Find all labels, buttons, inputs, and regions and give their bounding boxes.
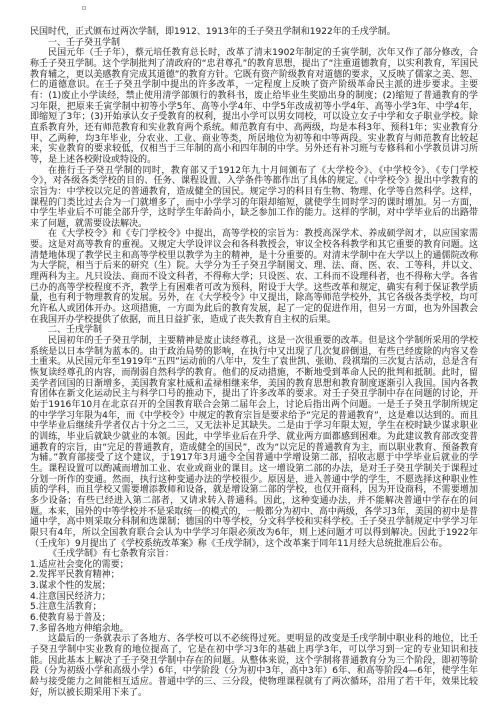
paragraph: 《壬戌学制》有七条教育宗旨： — [30, 549, 478, 560]
paragraph: 在推行壬子癸丑学制的同时，教育部又于1912年九十月间颁布了《大学校令》、《中学… — [30, 166, 478, 230]
paragraph: 民国元年（壬子年），蔡元培任教育总长时，改革了清末1902年制定的壬寅学制，次年… — [30, 48, 478, 165]
section-heading: 一、壬子癸丑学制 — [30, 38, 478, 49]
list-item: 6.使教育易于普及； — [30, 613, 478, 624]
page-corner-artifact-mark — [82, 6, 86, 10]
paragraph: 民国时代，正式颁布过两次学制，即1912、1913年的壬子癸丑学制和1922年的… — [30, 27, 478, 38]
section-heading: 二、壬戌学制 — [30, 325, 478, 336]
list-item: 5.注意生活教育； — [30, 602, 478, 613]
paragraph: 这最后的一条就表示了各地方、各学校可以不必统得过死。更明显的改变是壬戌学制中职业… — [30, 634, 478, 698]
list-item: 2.发挥平民教育精神； — [30, 570, 478, 581]
document-page: { "page": { "artifact_mark": "small-squa… — [0, 0, 504, 713]
list-item: 7.多留各地方伸缩余地。 — [30, 624, 478, 635]
list-item: 3.谋求个性的发展； — [30, 581, 478, 592]
paragraph: 在《大学校令》和《专门学校令》中提出，高等学校的宗旨为：教授高深学术、养成硕学闳… — [30, 229, 478, 325]
list-item: 1.适应社会变化的需要； — [30, 560, 478, 571]
list-item: 4.注意国民经济力； — [30, 592, 478, 603]
document-text-block: 民国时代，正式颁布过两次学制，即1912、1913年的壬子癸丑学制和1922年的… — [30, 27, 478, 698]
paragraph: 民国初年的壬子癸丑学制，主要精神是废止读经尊孔，这是一次很重要的改革。但是这个学… — [30, 336, 478, 549]
